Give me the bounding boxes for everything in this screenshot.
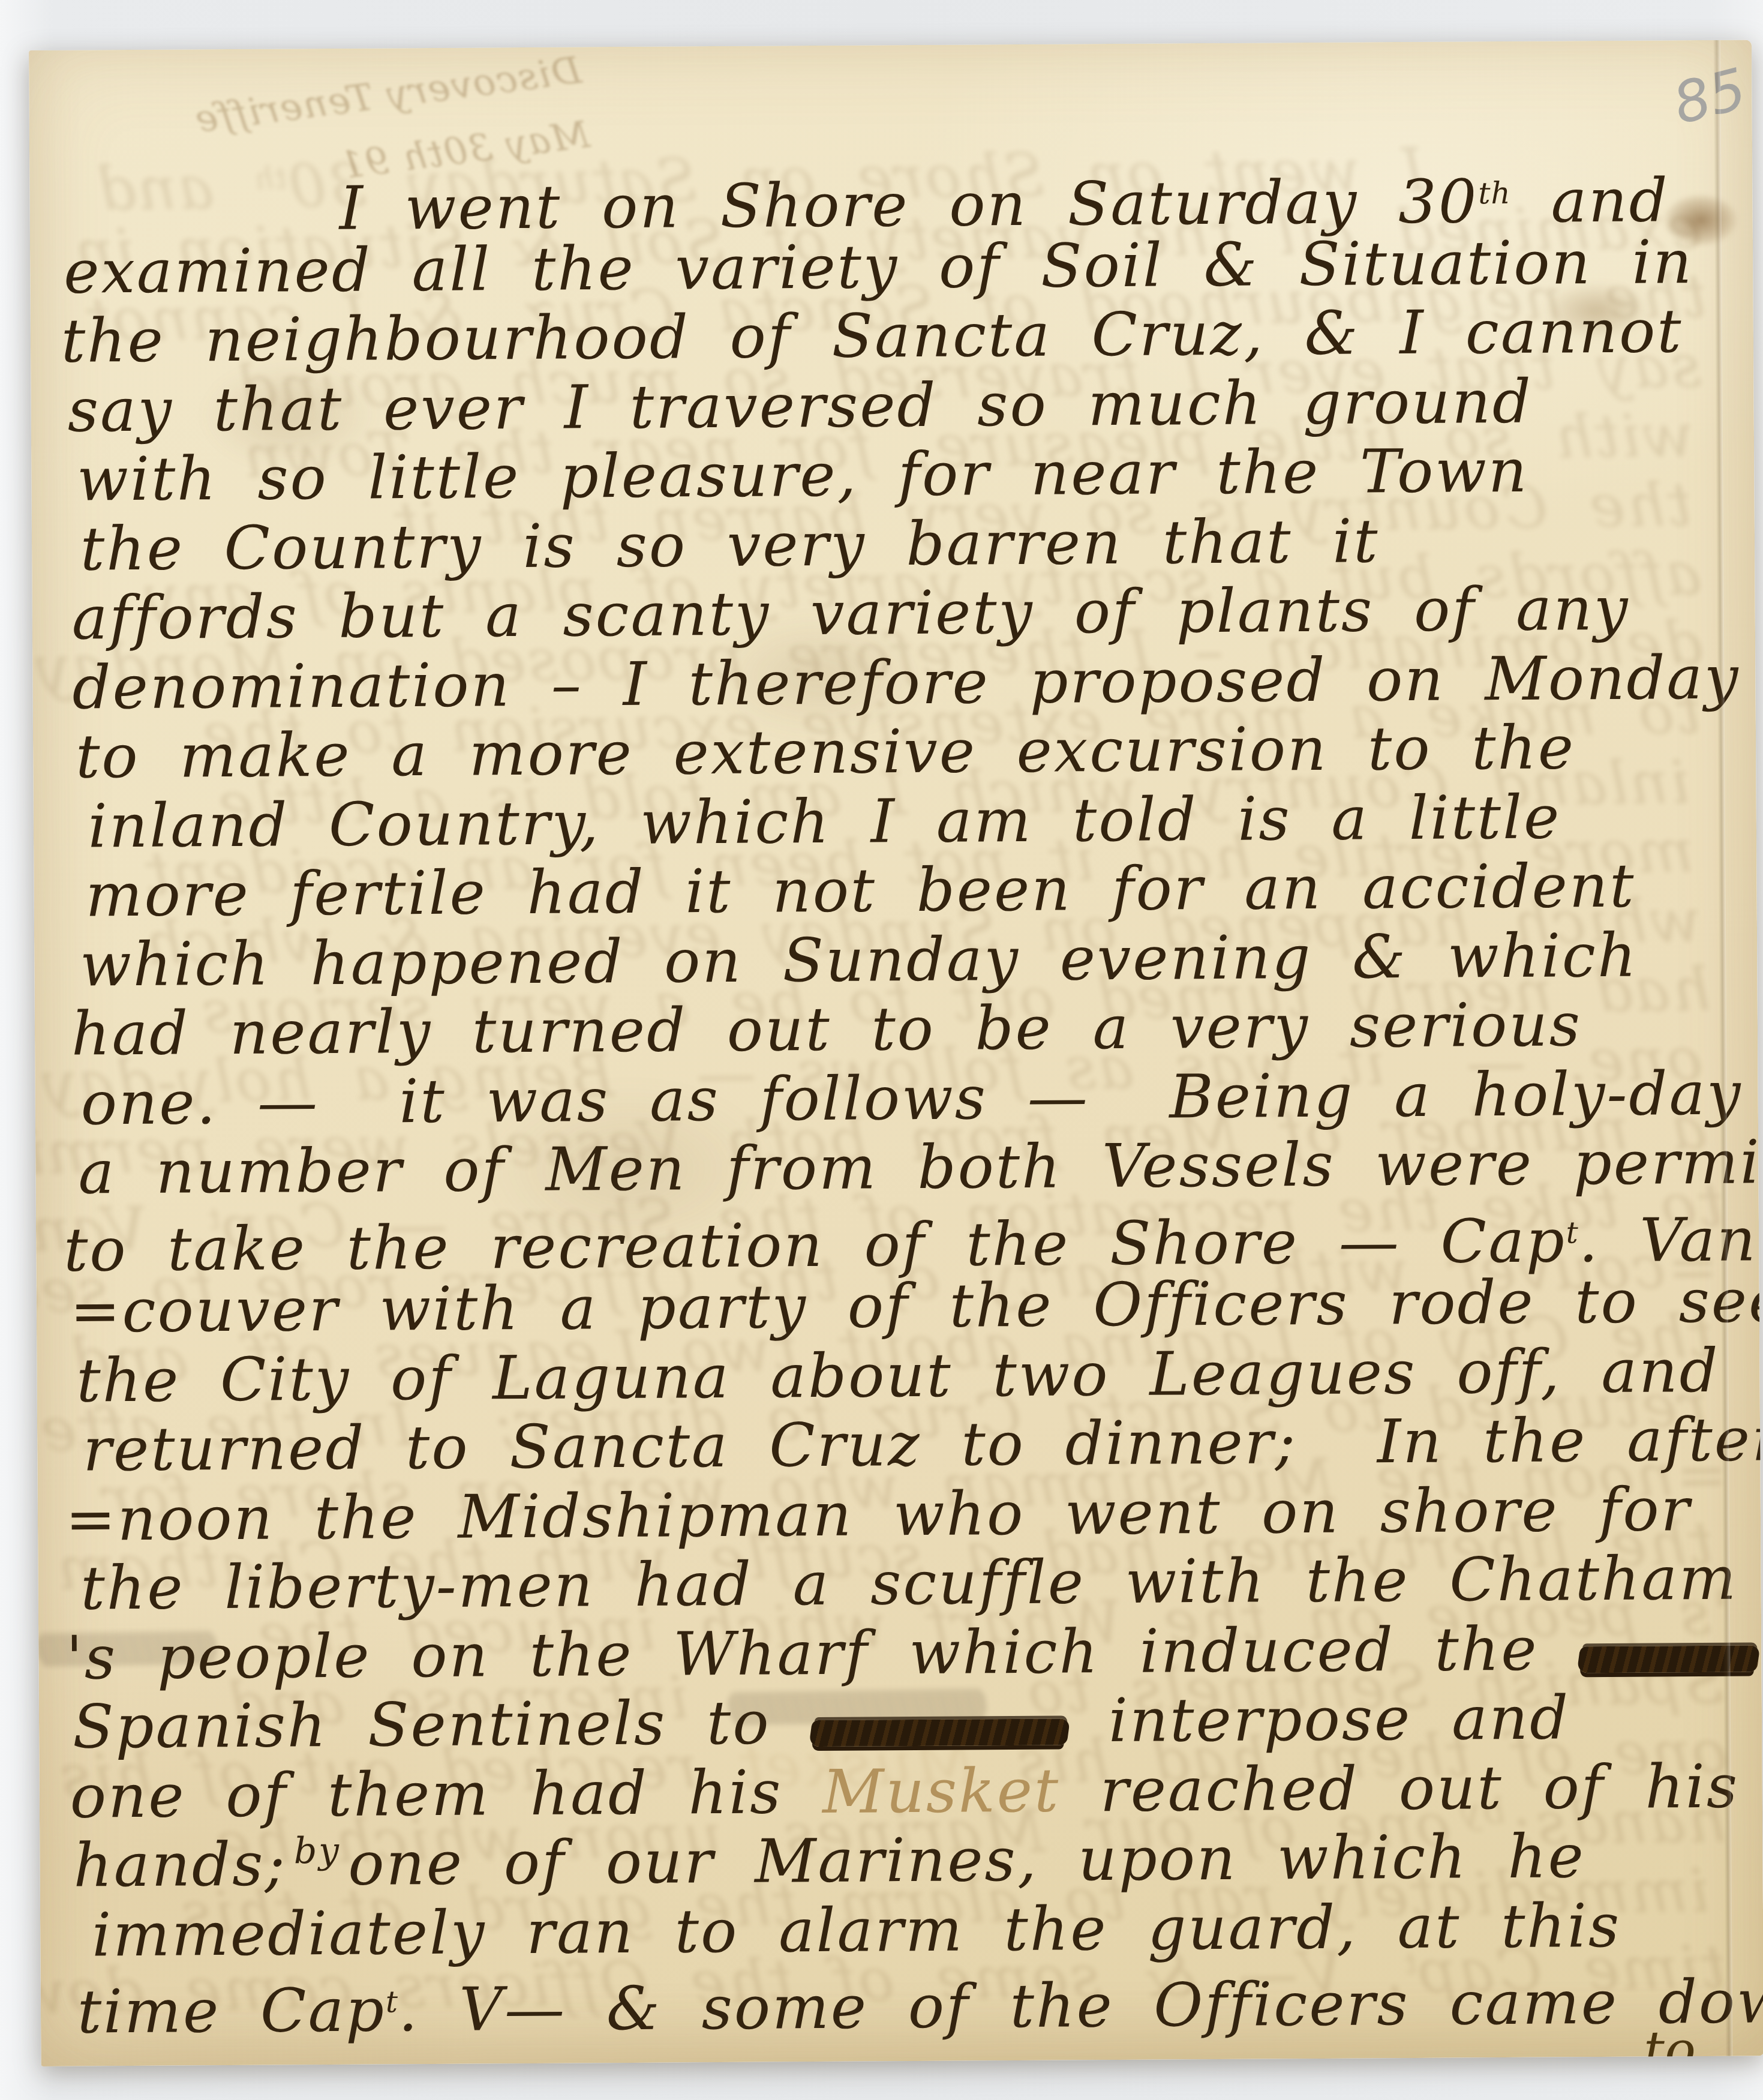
letter-line: returned to Sancta Cruz to dinner; In th…	[65, 1405, 1739, 1485]
letter-line: to make a more extensive excursion to th…	[61, 712, 1735, 792]
letter-line: more fertile had it not been for an acci…	[61, 851, 1735, 931]
letter-line: time Capt. V— & some of the Officers cam…	[68, 1960, 1743, 2039]
letter-line: the Country is so very barren that it	[59, 504, 1734, 584]
letter-line: with so little pleasure, for near the To…	[59, 435, 1733, 515]
letter-line: the City of Laguna about two Leagues off…	[64, 1336, 1738, 1415]
letter-text: the City of Laguna about two Leagues off…	[76, 1335, 1720, 1415]
letter-line: the liberty-men had a scuffle with the C…	[65, 1544, 1740, 1624]
letter-text: immediately ran to alarm the guard, at t…	[92, 1890, 1621, 1970]
letter-text: more fertile had it not been for an acci…	[85, 851, 1636, 931]
superscript-text: t	[386, 1984, 398, 2019]
letter-text: to make a more extensive excursion to th…	[76, 712, 1576, 791]
letter-text: reached out of his	[1060, 1751, 1740, 1825]
struck-out-word	[1576, 1645, 1760, 1673]
letter-text: had nearly turned out to be a very serio…	[71, 989, 1582, 1069]
letter-text: one of our Marines, upon which he	[348, 1821, 1585, 1899]
letter-line: immediately ran to alarm the guard, at t…	[68, 1890, 1742, 1970]
letter-line: examined all the variety of Soil & Situa…	[58, 227, 1732, 307]
letter-line: to take the recreation of the Shore — Ca…	[64, 1197, 1738, 1277]
letter-text: denomination – I therefore proposed on M…	[72, 642, 1740, 722]
inserted-word: by	[293, 1817, 341, 1886]
letter-line: 's people on the Wharf which induced the	[66, 1613, 1740, 1693]
letter-line: I went on Shore on Saturday 30th and	[57, 158, 1731, 238]
letter-line: denomination – I therefore proposed on M…	[60, 643, 1734, 722]
letter-text: with so little pleasure, for near the To…	[77, 436, 1529, 515]
letter-text: examined all the variety of Soil & Situa…	[64, 227, 1693, 307]
letter-text: interpose and	[1068, 1682, 1570, 1756]
superscript-text: t	[1566, 1215, 1579, 1250]
folio-page-number: 85	[1667, 56, 1753, 137]
letter-line: =noon the Midshipman who went on shore f…	[65, 1474, 1740, 1554]
letter-text: which happened on Sunday evening & which	[80, 920, 1638, 1000]
letter-text: =couver with a party of the Officers rod…	[70, 1265, 1763, 1346]
letter-line: had nearly turned out to be a very serio…	[62, 989, 1737, 1069]
letter-text: one of them had his	[70, 1756, 822, 1831]
letter-text: time Cap	[77, 1975, 386, 2047]
letter-text: the neighbourhood of Sancta Cruz, & I ca…	[61, 296, 1683, 376]
letter-sheet: I went on Shore on Saturday 30th andexam…	[29, 40, 1763, 2066]
letter-text: one. — it was as follows — Being a holy-…	[80, 1058, 1743, 1138]
superscript-text: th	[1478, 176, 1511, 211]
letter-text: 's people on the Wharf which induced the	[66, 1613, 1579, 1693]
scan-background: I went on Shore on Saturday 30th andexam…	[0, 0, 1763, 2100]
letter-line: hands;byone of our Marines, upon which h…	[67, 1821, 1741, 1901]
letter-text: Spanish Sentinels to	[73, 1687, 811, 1762]
letter-text: hands;	[73, 1829, 287, 1900]
letter-text: the liberty-men had a scuffle with the C…	[80, 1543, 1738, 1624]
letter-text: the Country is so very barren that it	[80, 506, 1380, 584]
letter-line: one. — it was as follows — Being a holy-…	[62, 1058, 1737, 1138]
catchword: to	[1644, 2020, 1696, 2066]
letter-line: a number of Men from both Vessels were p…	[63, 1128, 1737, 1208]
letter-line: =couver with a party of the Officers rod…	[64, 1267, 1738, 1346]
faded-ink-word: Musket	[822, 1755, 1061, 1826]
letter-text: a number of Men from both Vessels were p…	[78, 1126, 1763, 1207]
struck-out-word	[809, 1718, 1070, 1747]
letter-line: say that ever I traversed so much ground	[58, 365, 1732, 445]
letter-body: I went on Shore on Saturday 30th andexam…	[57, 158, 1742, 2039]
letter-line: the neighbourhood of Sancta Cruz, & I ca…	[58, 296, 1732, 376]
letter-text: =noon the Midshipman who went on shore f…	[65, 1474, 1692, 1555]
letter-line: which happened on Sunday evening & which	[62, 920, 1736, 1000]
letter-text: . V— & some of the Officers came down	[398, 1966, 1763, 2045]
letter-line: affords but a scanty variety of plants o…	[59, 574, 1734, 653]
letter-text: and	[1510, 165, 1669, 236]
letter-text: returned to Sancta Cruz to dinner; In th…	[83, 1404, 1763, 1485]
letter-text: . Van=	[1579, 1204, 1763, 1275]
letter-text: inland Country, which I am told is a lit…	[88, 782, 1561, 861]
letter-text: say that ever I traversed so much ground	[67, 366, 1533, 445]
letter-text: affords but a scanty variety of plants o…	[71, 574, 1629, 653]
letter-line: Spanish Sentinels to interpose and	[67, 1682, 1741, 1762]
letter-line: inland Country, which I am told is a lit…	[61, 781, 1735, 861]
